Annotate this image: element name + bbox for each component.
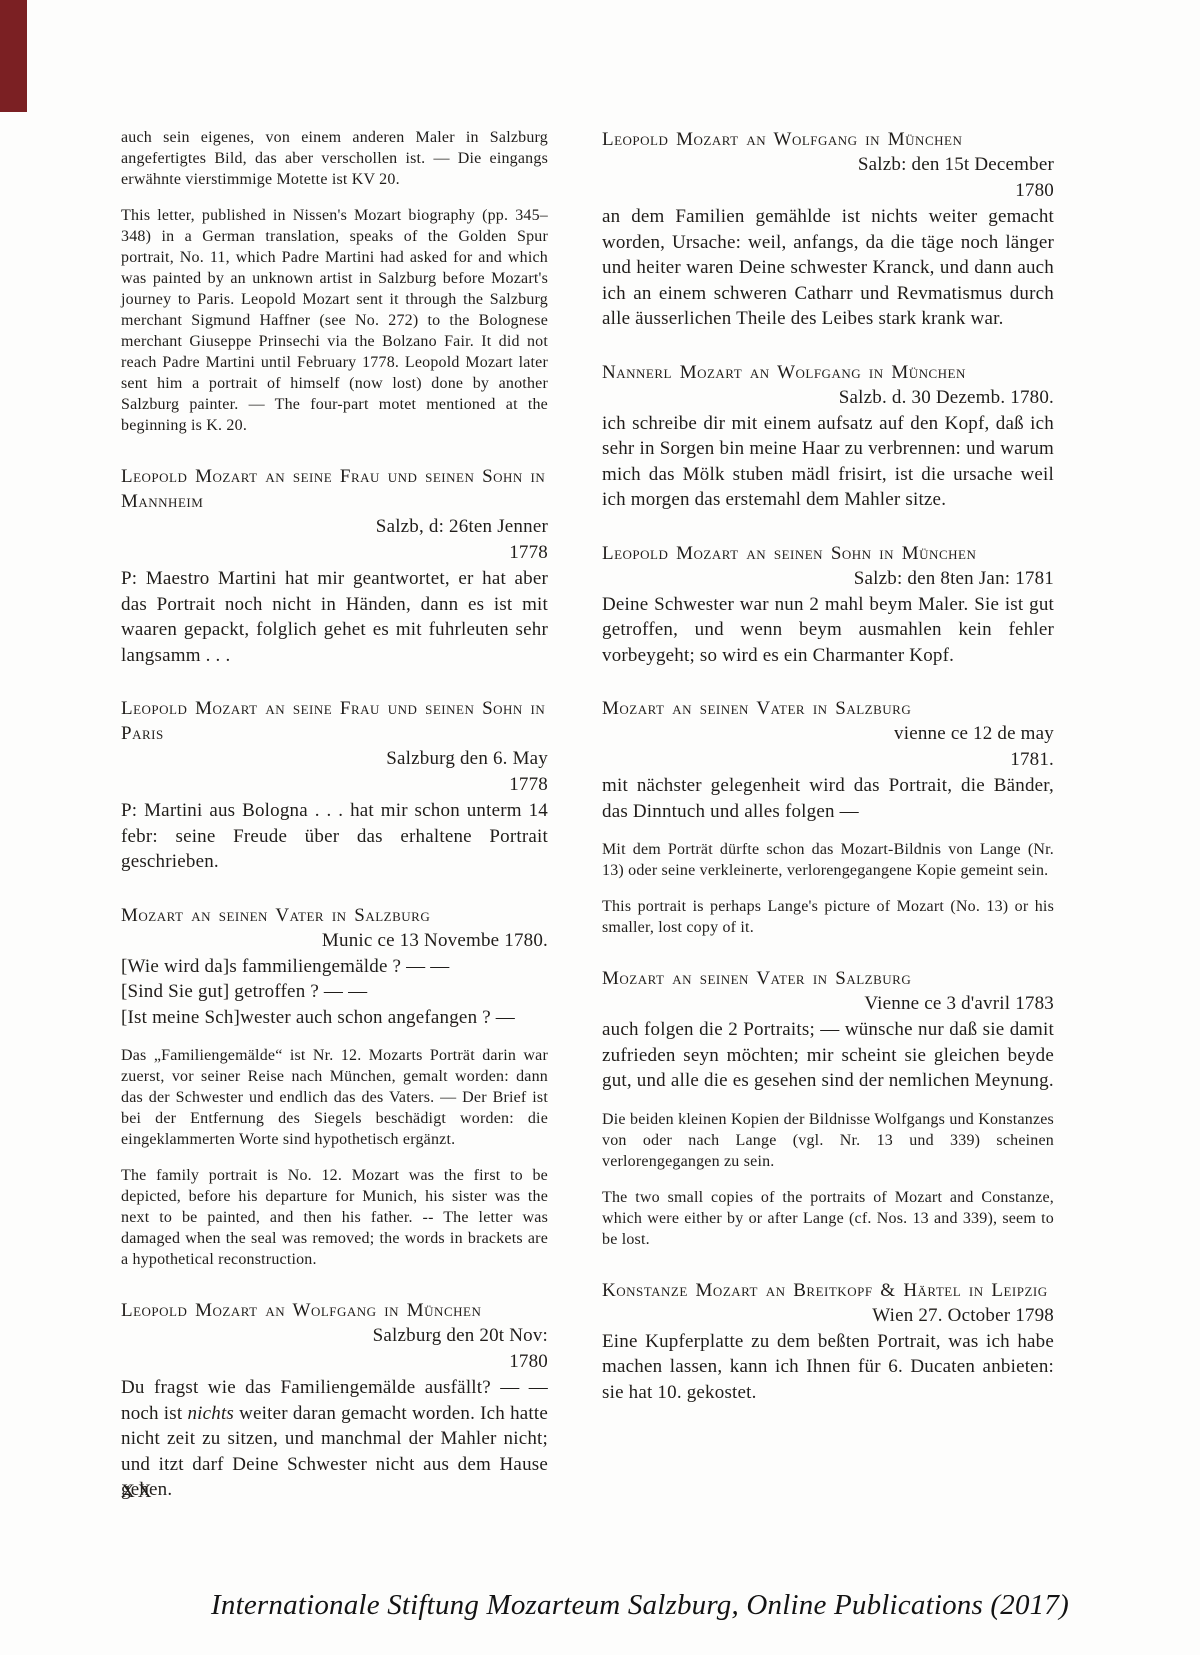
date-year: 1780 xyxy=(602,178,1054,204)
section-heading: Leopold Mozart an seinen Sohn in München xyxy=(602,541,1054,566)
letter-text: P: Martini aus Bologna . . . hat mir sch… xyxy=(121,798,548,875)
commentary-paragraph-en: This letter, published in Nissen's Mozar… xyxy=(121,205,548,436)
letter-text-italic: nichts xyxy=(187,1403,234,1424)
date-line: Wien 27. October 1798 xyxy=(602,1303,1054,1329)
letter-text: an dem Familien gemählde ist nichts weit… xyxy=(602,204,1054,332)
date-year: 1778 xyxy=(121,540,548,566)
commentary-paragraph-de: Mit dem Porträt dürfte schon das Mozart-… xyxy=(602,839,1054,881)
date-line: Salzb. d. 30 Dezemb. 1780. xyxy=(602,385,1054,411)
commentary-paragraph-en: The family portrait is No. 12. Mozart wa… xyxy=(121,1165,548,1270)
date-line: Salzburg den 20t Nov: xyxy=(121,1323,548,1349)
date-line: Salzb, d: 26ten Jenner xyxy=(121,514,548,540)
letter-line: [Sind Sie gut] getroffen ? — — xyxy=(121,979,548,1005)
commentary-paragraph-de: auch sein eigenes, von einem anderen Mal… xyxy=(121,127,548,190)
left-column: auch sein eigenes, von einem anderen Mal… xyxy=(121,127,548,1503)
section-heading: Nannerl Mozart an Wolfgang in München xyxy=(602,360,1054,385)
date-line: Vienne ce 3 d'avril 1783 xyxy=(602,991,1054,1017)
red-edge-mark xyxy=(0,0,27,112)
letter-text: Eine Kupferplatte zu dem beßten Portrait… xyxy=(602,1329,1054,1406)
section-heading: Leopold Mozart an seine Frau und seinen … xyxy=(121,696,548,746)
date-year: 1780 xyxy=(121,1349,548,1375)
date-line: Salzb: den 15t December xyxy=(602,152,1054,178)
letter-text: P: Maestro Martini hat mir geantwortet, … xyxy=(121,566,548,668)
letter-text: auch folgen die 2 Portraits; — wünsche n… xyxy=(602,1017,1054,1094)
date-year: 1781. xyxy=(602,747,1054,773)
section-heading: Leopold Mozart an Wolfgang in München xyxy=(121,1298,548,1323)
date-line: Munic ce 13 Novembe 1780. xyxy=(121,928,548,954)
letter-line: [Wie wird da]s fammiliengemälde ? — — xyxy=(121,954,548,980)
section-heading: Leopold Mozart an seine Frau und seinen … xyxy=(121,464,548,514)
footer-imprint: Internationale Stiftung Mozarteum Salzbu… xyxy=(90,1589,1190,1622)
section-heading: Leopold Mozart an Wolfgang in München xyxy=(602,127,1054,152)
letter-text: ich schreibe dir mit einem aufsatz auf d… xyxy=(602,411,1054,513)
date-line: Salzburg den 6. May xyxy=(121,746,548,772)
date-line: vienne ce 12 de may xyxy=(602,721,1054,747)
commentary-paragraph-en: The two small copies of the portraits of… xyxy=(602,1187,1054,1250)
letter-text: Du fragst wie das Familiengemälde ausfäl… xyxy=(121,1375,548,1503)
section-heading: Mozart an seinen Vater in Salzburg xyxy=(121,903,548,928)
page-number: XX xyxy=(121,1481,154,1503)
commentary-paragraph-de: Die beiden kleinen Kopien der Bildnisse … xyxy=(602,1109,1054,1172)
commentary-paragraph-de: Das „Familiengemälde“ ist Nr. 12. Mozart… xyxy=(121,1045,548,1150)
letter-text: mit nächster gelegenheit wird das Portra… xyxy=(602,773,1054,824)
date-line: Salzb: den 8ten Jan: 1781 xyxy=(602,566,1054,592)
section-heading: Mozart an seinen Vater in Salzburg xyxy=(602,696,1054,721)
right-column: Leopold Mozart an Wolfgang in München Sa… xyxy=(602,127,1054,1405)
date-year: 1778 xyxy=(121,772,548,798)
letter-line: [Ist meine Sch]wester auch schon angefan… xyxy=(121,1005,548,1031)
section-heading: Konstanze Mozart an Breitkopf & Härtel i… xyxy=(602,1278,1054,1303)
book-page: auch sein eigenes, von einem anderen Mal… xyxy=(0,0,1200,1655)
section-heading: Mozart an seinen Vater in Salzburg xyxy=(602,966,1054,991)
commentary-paragraph-en: This portrait is perhaps Lange's picture… xyxy=(602,896,1054,938)
letter-text: Deine Schwester war nun 2 mahl beym Male… xyxy=(602,592,1054,669)
